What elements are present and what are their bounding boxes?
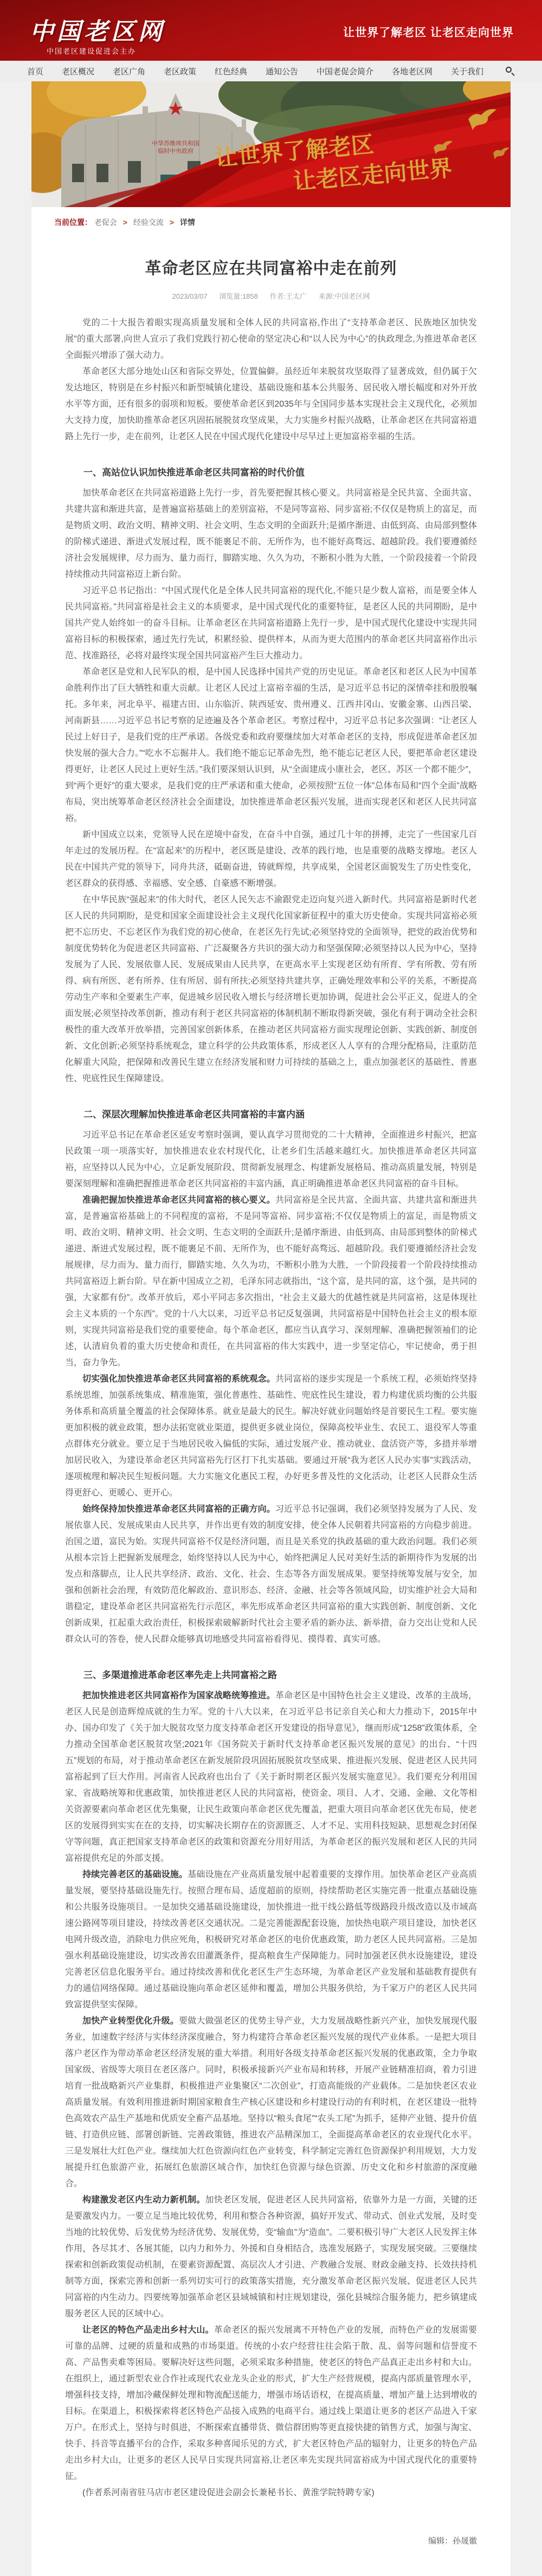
article-paragraph: 切实强化加快推进革命老区共同富裕的系统观念。共同富裕的逐步实现是一个系统工程，必… [65,1371,477,1501]
search-icon[interactable] [505,66,515,76]
breadcrumb-separator: > [123,218,127,227]
header-slogan: 让世界了解老区 让老区走向世界 [343,24,514,40]
site-header: 中国老区网 中国老区建设促进会主办 让世界了解老区 让老区走向世界 [0,0,542,61]
paragraph-lead: 持续完善老区的基础设施。 [82,1870,188,1879]
nav-item-home[interactable]: 首页 [27,66,43,77]
nav-item-overview[interactable]: 老区概况 [62,66,94,77]
nav-item-regional-sites[interactable]: 各地老区网 [392,66,433,77]
main-nav: 首页 老区概况 老区广角 老区政策 红色经典 通知公告 中国老促会简介 各地老区… [0,61,542,81]
breadcrumb-separator: > [170,218,174,227]
search-icon-handle [511,73,514,76]
section-heading: 三、多渠道推进革命老区率先走上共同富裕之路 [65,1667,477,1684]
paragraph-lead: 让老区的特色产品走出乡村大山。 [82,2326,214,2335]
article-paragraph: 加快产业转型优化升级。要做大做强老区的优势主导产业，大力发展战略性新兴产业，加快… [65,2013,477,2192]
article-views: 浏览量:1858 [219,292,258,300]
section-heading: 一、高站位认识加快推进革命老区共同富裕的时代价值 [65,465,477,481]
article-paragraph: 把加快推进老区共同富裕作为国家战略统筹推进。革命老区是中国特色社会主义建设、改革… [65,1688,477,1867]
article-source: 来源:中国老区网 [319,292,370,300]
nav-item-wide-angle[interactable]: 老区广角 [113,66,145,77]
section-heading: 二、深层次理解加快推进革命老区共同富裕的丰富内涵 [65,1107,477,1123]
nav-item-notices[interactable]: 通知公告 [266,66,298,77]
article-paragraph: 始终保持加快推进革命老区共同富裕的正确方向。习近平总书记强调，我们必须坚持发展为… [65,1501,477,1648]
breadcrumb-current: 详情 [180,218,195,227]
banner-image: ★ 中华苏维埃共和国 临时中央政府 让世界了解老区 让老区走向世界 [31,81,511,207]
nav-item-policy[interactable]: 老区政策 [164,66,196,77]
search-icon-lens [506,67,512,73]
editor-line: 编辑：孙晟徽 [31,2535,511,2546]
article-paragraph: 习近平总书记在革命老区延安考察时强调，要认真学习贯彻党的二十大精神，全面推进乡村… [65,1127,477,1192]
breadcrumb-item-experience[interactable]: 经验交流 [133,218,164,227]
article-paragraph: 构建激发老区内生动力新机制。加快老区发展，促进老区人民共同富裕，依靠外力是一方面… [65,2192,477,2322]
red-star-icon: ★ [167,99,184,119]
nav-item-about-us[interactable]: 关于我们 [451,66,483,77]
breadcrumb-label: 当前位置： [54,218,92,227]
article-paragraph: 持续完善老区的基础设施。基础设施在产业高质量发展中起着重要的支撑作用。加快革命老… [65,1867,477,2013]
paragraph-lead: 始终保持加快推进革命老区共同富裕的正确方向。 [82,1505,275,1514]
article-paragraph: 革命老区是党和人民军队的根，是中国人民选择中国共产党的历史见证。革命老区和老区人… [65,664,477,827]
site-logo-subtitle: 中国老区建设促进会主办 [47,46,136,56]
article-paragraph: 新中国成立以来，党领导人民在逆境中奋发，在奋斗中自强，通过几十年的拼搏，走完了一… [65,827,477,892]
article-paragraph: 习近平总书记指出：“中国式现代化是全体人民共同富裕的现代化,不能只是少数人富裕，… [65,583,477,664]
paragraph-lead: 加快产业转型优化升级。 [82,2016,179,2026]
article-author: 作者:王太广 [270,292,307,300]
article-paragraph: 党的二十大报告着眼实现高质量发展和全体人民的共同富裕,作出了“支持革命老区、民族… [65,315,477,364]
breadcrumb: 当前位置： 老促会 > 经验交流 > 详情 [31,207,511,231]
paragraph-lead: 切实强化加快推进革命老区共同富裕的系统观念。 [82,1374,275,1384]
article-paragraph: 在中华民族“强起来”的伟大时代，老区人民矢志不渝跟党走迈向复兴进入新时代。共同富… [65,892,477,1087]
article-paragraph: 让老区的特色产品走出乡村大山。革命老区的振兴发展离不开特色产业的发展，而特色产业… [65,2322,477,2485]
building-sign-line1: 中华苏维埃共和国 [152,139,199,147]
article-paragraph: 加快革命老区在共同富裕道路上先行一步，首先要把握其核心要义。共同富裕是全民共富、… [65,485,477,583]
paragraph-lead: 把加快推进老区共同富裕作为国家战略统筹推进。 [82,1691,275,1700]
article-paragraph: 准确把握加快推进革命老区共同富裕的核心要义。共同富裕是全民共富、全面共富、共建共… [65,1192,477,1371]
article-paragraph: 革命老区大部分地处山区和省际交界处，位置偏僻。虽经近年来脱贫攻坚取得了显著成效，… [65,364,477,445]
paragraph-lead: 构建激发老区内生动力新机制。 [82,2195,205,2205]
nav-item-association-intro[interactable]: 中国老促会简介 [317,66,373,77]
article-date: 2023/03/07 [172,292,208,300]
building-sign-line2: 临时中央政府 [158,147,193,155]
content-container: ★ 中华苏维埃共和国 临时中央政府 让世界了解老区 让老区走向世界 当前位置： … [31,81,511,2576]
site-logo[interactable]: 中国老区网 [30,12,165,47]
nav-item-red-classics[interactable]: 红色经典 [215,66,247,77]
article-meta: 2023/03/07 浏览量:1858 作者:王太广 来源:中国老区网 [31,291,511,301]
article-body: 党的二十大报告着眼实现高质量发展和全体人民的共同富裕,作出了“支持革命老区、民族… [31,315,511,2501]
article-title: 革命老区应在共同富裕中走在前列 [64,255,478,279]
paragraph-lead: 准确把握加快推进革命老区共同富裕的核心要义。 [82,1196,275,1205]
article-paragraph: (作者系河南省驻马店市老区建设促进会副会长兼秘书长、黄淮学院特聘专家) [65,2485,477,2501]
breadcrumb-item-laocuhui[interactable]: 老促会 [94,218,117,227]
